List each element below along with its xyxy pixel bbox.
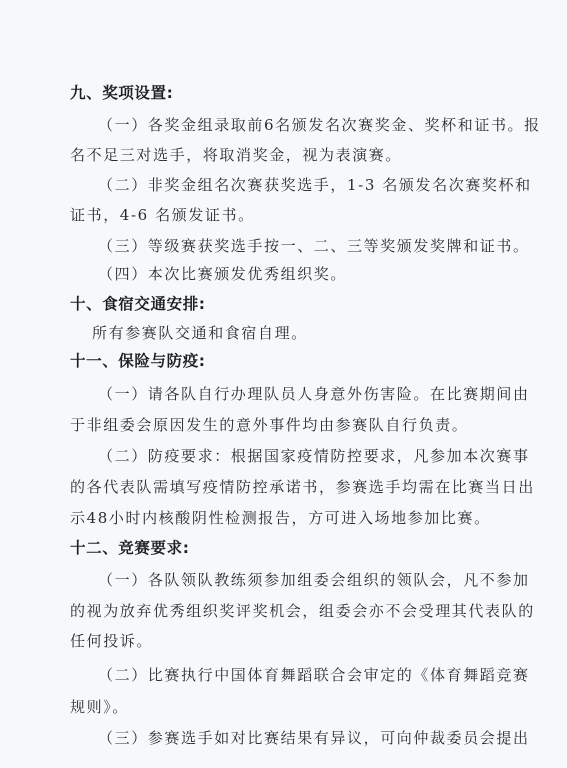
paragraph-line: 的各代表队需填写疫情防控承诺书，参赛选手均需在比赛当日出 [70, 477, 535, 497]
paragraph-line: （四）本次比赛颁发优秀组织奖。 [98, 264, 347, 284]
paragraph-line: （一）请各队自行办理队员人身意外伤害险。在比赛期间由 [98, 384, 530, 404]
paragraph-line: （二）防疫要求：根据国家疫情防控要求，凡参加本次赛事 [98, 446, 530, 466]
paragraph-line: 示48小时内核酸阴性检测报告，方可进入场地参加比赛。 [70, 508, 491, 528]
paragraph-line: 任何投诉。 [70, 631, 153, 651]
document-page: 九、奖项设置: （一）各奖金组录取前6名颁发名次赛奖金、奖杯和证书。报 名不足三… [0, 0, 567, 768]
paragraph-line: （一）各队领队教练须参加组委会组织的领队会，凡不参加 [98, 570, 530, 590]
paragraph-line: 规则》。 [70, 697, 129, 717]
paragraph-line: 所有参赛队交通和食宿自理。 [92, 323, 308, 343]
paragraph-line: （三）参赛选手如对比赛结果有异议，可向仲裁委员会提出 [98, 728, 530, 748]
paragraph-line: （二）非奖金组名次赛获奖选手，1-3 名颁发名次赛奖杯和 [98, 175, 532, 195]
paragraph-line: （二）比赛执行中国体育舞蹈联合会审定的《体育舞蹈竞赛 [98, 665, 530, 685]
paragraph-line: 名不足三对选手，将取消奖金，视为表演赛。 [70, 145, 402, 165]
paragraph-line: （三）等级赛获奖选手按一、二、三等奖颁发奖牌和证书。 [98, 236, 530, 256]
paragraph-line: 于非组委会原因发生的意外事件均由参赛队自行负责。 [70, 415, 468, 435]
paragraph-line: 的视为放弃优秀组织奖评奖机会，组委会亦不会受理其代表队的 [70, 601, 535, 621]
section-heading-awards: 九、奖项设置: [70, 83, 173, 103]
section-heading-competition-requirements: 十二、竞赛要求: [70, 538, 190, 558]
section-heading-insurance-epidemic: 十一、保险与防疫: [70, 351, 206, 371]
paragraph-line: 证书，4-6 名颁发证书。 [70, 205, 255, 225]
section-heading-lodging-transport: 十、食宿交通安排: [70, 294, 206, 314]
paragraph-line: （一）各奖金组录取前6名颁发名次赛奖金、奖杯和证书。报 [98, 115, 541, 135]
